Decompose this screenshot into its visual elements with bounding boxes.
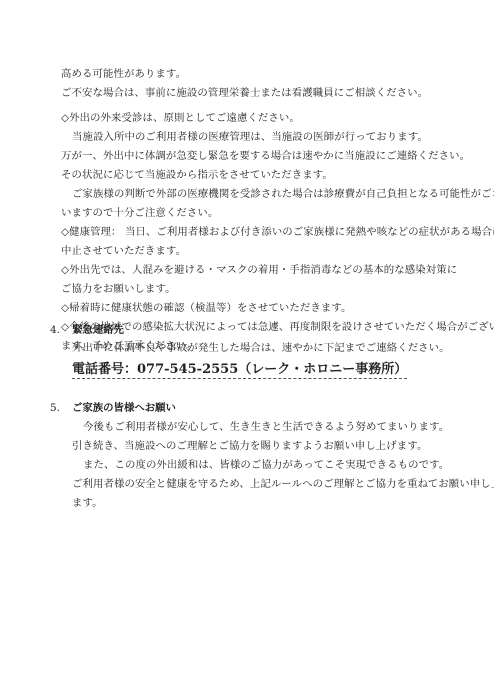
section-4-number: 4. <box>50 324 60 336</box>
section-4-title: 緊急連絡先 <box>72 324 124 336</box>
section-5-title: ご家族の皆様へお願い <box>72 402 176 414</box>
section-5-number: 5. <box>50 402 60 414</box>
section-5-line: また、この度の外出緩和は、皆様のご協力があってこそ実現できるものです。 <box>83 459 449 471</box>
sections: 4. 緊急連絡先 外出中に体調不良や事故が発生した場合は、速やかに下記までご連絡… <box>0 0 494 700</box>
section-5-line: ます。 <box>72 497 103 509</box>
section-5-line: 引き続き、当施設へのご理解とご協力を賜りますようお願い申し上げます。 <box>72 440 427 452</box>
section-5-line: 今後もご利用者様が安心して、生き生きと生活できるよう努めてまいります。 <box>83 421 449 433</box>
section-4-line: 外出中に体調不良や事故が発生した場合は、速やかに下記までご連絡ください。 <box>72 342 450 354</box>
section-5-line: ご利用者様の安全と健康を守るため、上記ルールへのご理解とご協力を重ねてお願い申し… <box>72 478 494 490</box>
emergency-phone: 電話番号：077-545-2555（レーク・ホロニー事務所） <box>72 362 407 379</box>
